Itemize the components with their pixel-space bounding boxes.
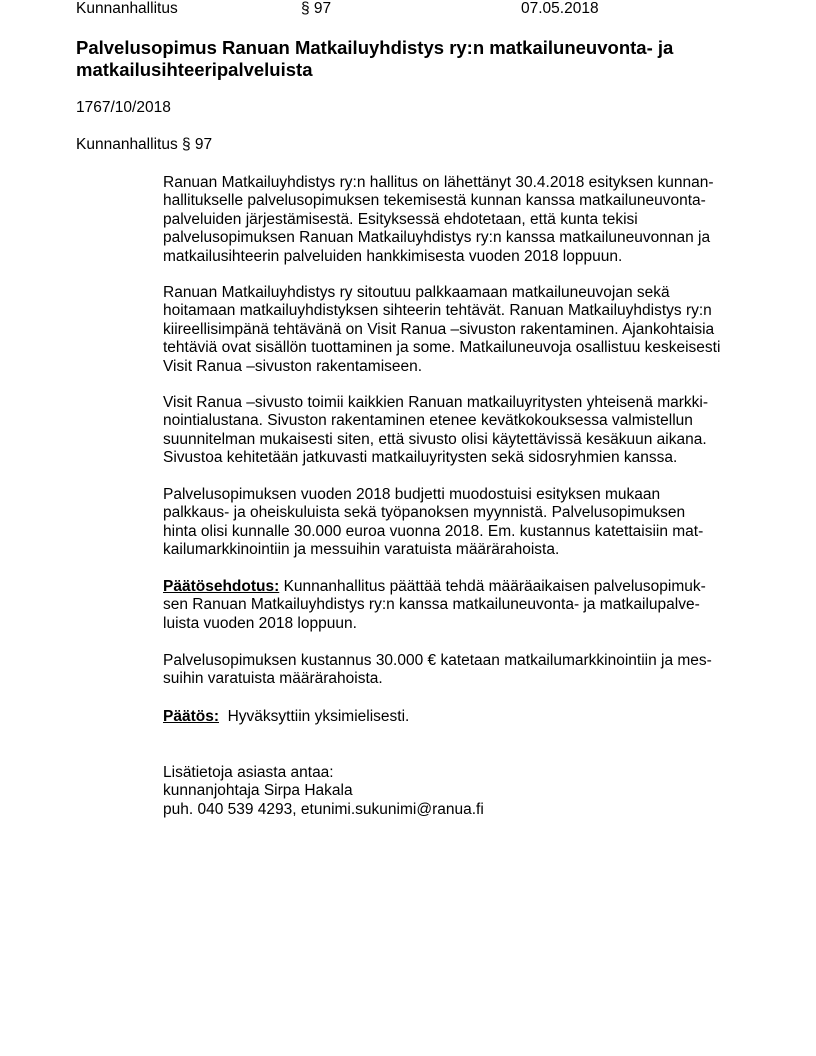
text-line: hallitukselle palvelusopimuksen tekemise… [163, 192, 753, 210]
text-line: palvelusopimuksen Ranuan Matkailuyhdisty… [163, 229, 753, 247]
decision-text: Hyväksyttiin yksimielisesti. [219, 708, 409, 725]
header-date: 07.05.2018 [521, 0, 599, 18]
title-line: Palvelusopimus Ranuan Matkailuyhdistys r… [76, 37, 716, 59]
header-section: § 97 [301, 0, 331, 18]
contact-details: puh. 040 539 4293, etunimi.sukunimi@ranu… [163, 801, 753, 819]
proposal-label: Päätösehdotus: [163, 578, 279, 595]
title-line: matkailusihteeripalveluista [76, 59, 716, 81]
header-organ: Kunnanhallitus [76, 0, 178, 18]
text-line: palveluiden järjestämisestä. Esityksessä… [163, 211, 753, 229]
contact-person: kunnanjohtaja Sirpa Hakala [163, 782, 753, 800]
paragraph-1: Ranuan Matkailuyhdistys ry:n hallitus on… [163, 174, 753, 266]
text-line: palkkaus- ja oheiskuluista sekä työpanok… [163, 504, 753, 522]
text-line: Palvelusopimuksen kustannus 30.000 € kat… [163, 652, 753, 670]
section-reference: Kunnanhallitus § 97 [76, 136, 212, 154]
paragraph-4: Palvelusopimuksen vuoden 2018 budjetti m… [163, 486, 753, 560]
contact-intro: Lisätietoja asiasta antaa: [163, 764, 753, 782]
proposal-text: Kunnanhallitus päättää tehdä määräaikais… [279, 578, 706, 595]
text-line: Visit Ranua –sivusto toimii kaikkien Ran… [163, 394, 753, 412]
text-line: sen Ranuan Matkailuyhdistys ry:n kanssa … [163, 596, 753, 614]
contact-info: Lisätietoja asiasta antaa: kunnanjohtaja… [163, 764, 753, 819]
text-line: kiireellisimpänä tehtävänä on Visit Ranu… [163, 321, 753, 339]
document-number: 1767/10/2018 [76, 99, 171, 117]
document-title: Palvelusopimus Ranuan Matkailuyhdistys r… [76, 37, 716, 81]
text-line: hoitamaan matkailuyhdistyksen sihteerin … [163, 302, 753, 320]
decision-label: Päätös: [163, 708, 219, 725]
text-line: Ranuan Matkailuyhdistys ry:n hallitus on… [163, 174, 753, 192]
text-line: tehtäviä ovat sisällön tuottaminen ja so… [163, 339, 753, 357]
cost-paragraph: Palvelusopimuksen kustannus 30.000 € kat… [163, 652, 753, 689]
text-line: kailumarkkinointiin ja messuihin varatui… [163, 541, 753, 559]
paragraph-2: Ranuan Matkailuyhdistys ry sitoutuu palk… [163, 284, 753, 376]
decision-proposal: Päätösehdotus: Kunnanhallitus päättää te… [163, 578, 753, 633]
text-line: Ranuan Matkailuyhdistys ry sitoutuu palk… [163, 284, 753, 302]
text-line: nointialustana. Sivuston rakentaminen et… [163, 412, 753, 430]
text-line: suihin varatuista määrärahoista. [163, 670, 753, 688]
text-line: Sivustoa kehitetään jatkuvasti matkailuy… [163, 449, 753, 467]
text-line: hinta olisi kunnalle 30.000 euroa vuonna… [163, 523, 753, 541]
text-line: suunnitelman mukaisesti siten, että sivu… [163, 431, 753, 449]
decision: Päätös: Hyväksyttiin yksimielisesti. [163, 708, 753, 726]
text-line: luista vuoden 2018 loppuun. [163, 615, 753, 633]
paragraph-3: Visit Ranua –sivusto toimii kaikkien Ran… [163, 394, 753, 468]
text-line: Visit Ranua –sivuston rakentamiseen. [163, 358, 753, 376]
text-line: Palvelusopimuksen vuoden 2018 budjetti m… [163, 486, 753, 504]
text-line: matkailusihteerin palveluiden hankkimise… [163, 248, 753, 266]
